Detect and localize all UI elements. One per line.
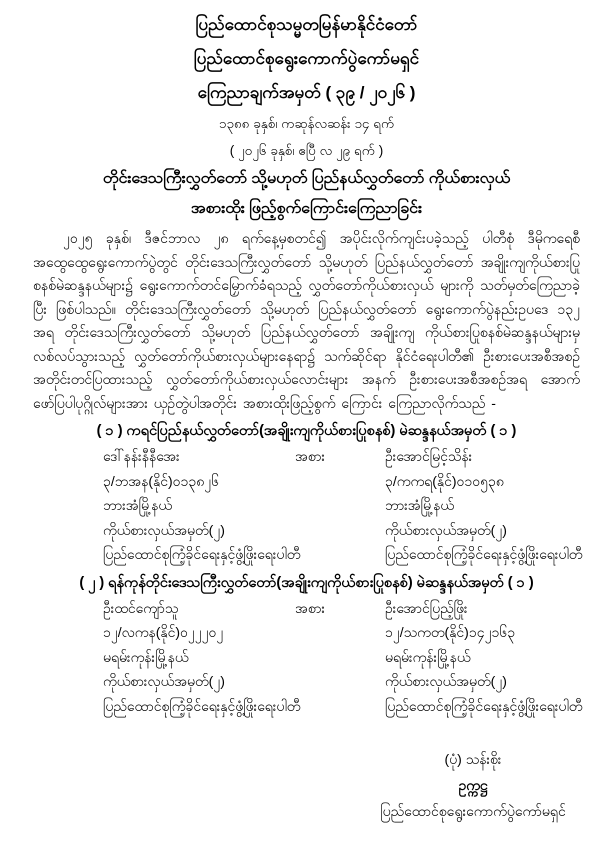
subject-line-2: အစားထိုး ဖြည့်စွက်ကြောင်းကြေညာခြင်း bbox=[0, 194, 613, 224]
outgoing-member-township: မရမ်းကုန်းမြို့နယ် bbox=[103, 645, 295, 670]
section-1: ( ၁ ) ကရင်ပြည်နယ်လွှတ်တော်(အချိုးကျကိုယ်… bbox=[0, 418, 613, 567]
body-paragraph: ၂၀၂၅ ခုနှစ်၊ ဒီဇင်ဘာလ ၂၈ ရက်နေ့မှစတင်၍ အ… bbox=[33, 227, 580, 415]
commission-title: ပြည်ထောင်စုရွေးကောက်ပွဲကော်မရှင် bbox=[0, 42, 613, 76]
subject-line-1: တိုင်းဒေသကြီးလွှတ်တော် သို့မဟုတ် ပြည်နယ်… bbox=[0, 164, 613, 194]
signature-org: ပြည်ထောင်စုရွေးကောက်ပွဲကော်မရှင် bbox=[358, 798, 588, 824]
section-2-outgoing-member: ဦးထင်ကျော်သူ ၁၂/လကန(နိုင်)၀၂၂၂၀၂ မရမ်းကု… bbox=[103, 596, 295, 719]
incoming-member-name: ဦးအောင်မြင့်သိန်း bbox=[385, 444, 585, 469]
incoming-member-name: ဦးအောင်ပြည့်ဖြိုး bbox=[385, 596, 585, 621]
incoming-member-party: ပြည်ထောင်စုကြံ့ခိုင်ရေးနှင့်ဖွံ့ဖြိုးရေး… bbox=[385, 694, 585, 719]
replace-label: အစား bbox=[295, 596, 385, 621]
incoming-member-rep-number: ကိုယ်စားလှယ်အမှတ်(၂) bbox=[385, 518, 585, 543]
outgoing-member-party: ပြည်ထောင်စုကြံ့ခိုင်ရေးနှင့်ဖွံ့ဖြိုးရေး… bbox=[103, 542, 295, 567]
incoming-member-township: မရမ်းကုန်းမြို့နယ် bbox=[385, 645, 585, 670]
outgoing-member-rep-number: ကိုယ်စားလှယ်အမှတ်(၂) bbox=[103, 518, 295, 543]
section-1-outgoing-member: ဒေါ်နန်းနီနီအေး ၃/ဘအန(နိုင်)၀၁၃၈၂၆ ဘားအံ… bbox=[103, 444, 295, 567]
section-1-incoming-member: ဦးအောင်မြင့်သိန်း ၃/ကကရ(နိုင်)၀၁၀၅၃၈ ဘား… bbox=[385, 444, 585, 567]
incoming-member-township: ဘားအံမြို့နယ် bbox=[385, 493, 585, 518]
signature-signed: (ပုံ) သန်းစိုး bbox=[358, 746, 588, 772]
section-2-entries: ဦးထင်ကျော်သူ ၁၂/လကန(နိုင်)၀၂၂၂၀၂ မရမ်းကု… bbox=[0, 596, 613, 719]
country-title: ပြည်ထောင်စုသမ္မတမြန်မာနိုင်ငံတော် bbox=[0, 8, 613, 42]
section-1-heading: ( ၁ ) ကရင်ပြည်နယ်လွှတ်တော်(အချိုးကျကိုယ်… bbox=[0, 418, 613, 444]
outgoing-member-rep-number: ကိုယ်စားလှယ်အမှတ်(၂) bbox=[103, 669, 295, 694]
outgoing-member-name: ဦးထင်ကျော်သူ bbox=[103, 596, 295, 621]
section-2-incoming-member: ဦးအောင်ပြည့်ဖြိုး ၁၂/သကတ(နိုင်)၁၄၂၁၆၃ မရ… bbox=[385, 596, 585, 719]
signature-title: ဥက္ကဋ္ဌ bbox=[358, 772, 588, 798]
myanmar-date: ၁၃၈၈ ခုနှစ်၊ ကဆုန်လဆန်း ၁၄ ရက် bbox=[0, 110, 613, 137]
outgoing-member-name: ဒေါ်နန်းနီနီအေး bbox=[103, 444, 295, 469]
outgoing-member-township: ဘားအံမြို့နယ် bbox=[103, 493, 295, 518]
incoming-member-nrc: ၃/ကကရ(နိုင်)၀၁၀၅၃၈ bbox=[385, 469, 585, 494]
announcement-number: ကြေညာချက်အမှတ် ( ၃၉ / ၂၀၂၆ ) bbox=[0, 76, 613, 110]
section-2-heading: ( ၂ ) ရန်ကုန်တိုင်းဒေသကြီးလွှတ်တော်(အချိ… bbox=[0, 570, 613, 596]
gregorian-date: ( ၂၀၂၆ ခုနှစ်၊ ဧပြီ လ ၂၉ ရက် ) bbox=[0, 137, 613, 164]
outgoing-member-nrc: ၃/ဘအန(နိုင်)၀၁၃၈၂၆ bbox=[103, 469, 295, 494]
incoming-member-party: ပြည်ထောင်စုကြံ့ခိုင်ရေးနှင့်ဖွံ့ဖြိုးရေး… bbox=[385, 542, 585, 567]
replace-label: အစား bbox=[295, 444, 385, 469]
announcement-document: ပြည်ထောင်စုသမ္မတမြန်မာနိုင်ငံတော် ပြည်ထေ… bbox=[0, 0, 613, 860]
outgoing-member-party: ပြည်ထောင်စုကြံ့ခိုင်ရေးနှင့်ဖွံ့ဖြိုးရေး… bbox=[103, 694, 295, 719]
incoming-member-rep-number: ကိုယ်စားလှယ်အမှတ်(၂) bbox=[385, 669, 585, 694]
signature-block: (ပုံ) သန်းစိုး ဥက္ကဋ္ဌ ပြည်ထောင်စုရွေးကေ… bbox=[358, 746, 588, 824]
outgoing-member-nrc: ၁၂/လကန(နိုင်)၀၂၂၂၀၂ bbox=[103, 620, 295, 645]
incoming-member-nrc: ၁၂/သကတ(နိုင်)၁၄၂၁၆၃ bbox=[385, 620, 585, 645]
section-1-entries: ဒေါ်နန်းနီနီအေး ၃/ဘအန(နိုင်)၀၁၃၈၂၆ ဘားအံ… bbox=[0, 444, 613, 567]
section-2: ( ၂ ) ရန်ကုန်တိုင်းဒေသကြီးလွှတ်တော်(အချိ… bbox=[0, 570, 613, 719]
